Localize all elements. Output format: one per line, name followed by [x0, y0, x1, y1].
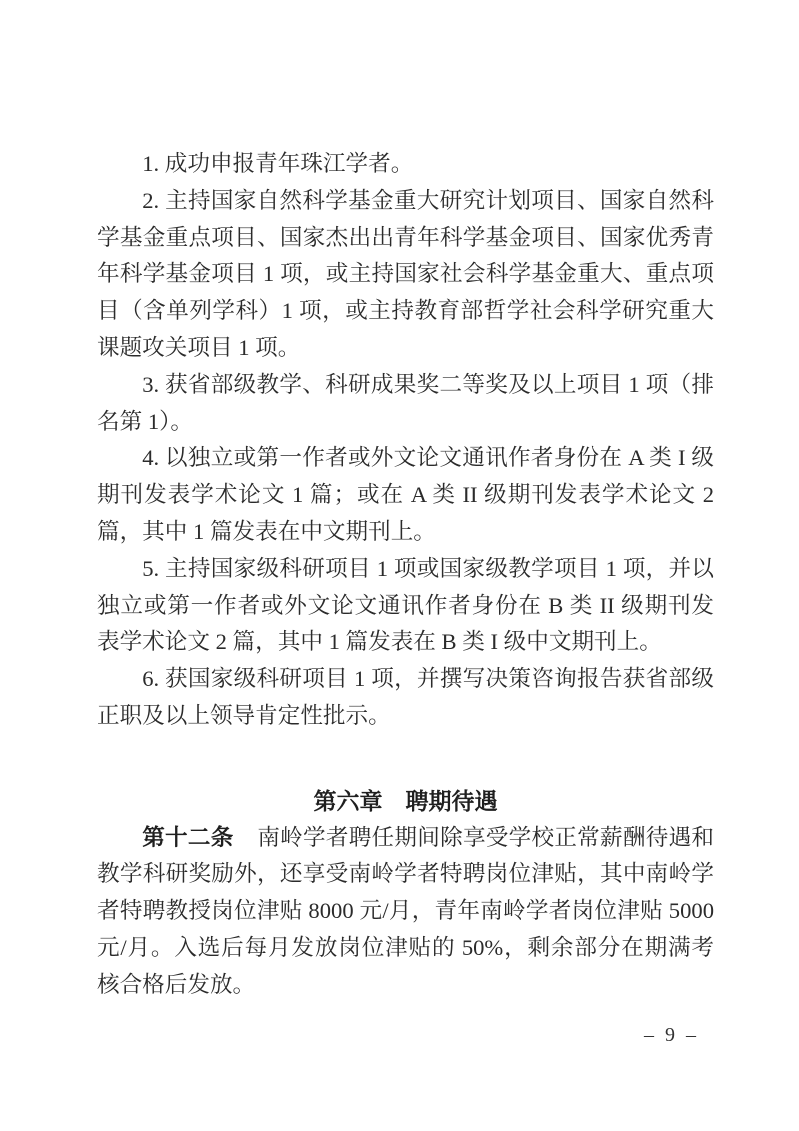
article-number-label: 第十二条	[142, 825, 233, 850]
chapter-heading: 第六章 聘期待遇	[97, 783, 714, 820]
article-paragraph: 第十二条南岭学者聘任期间除享受学校正常薪酬待遇和教学科研奖励外，还享受南岭学者特…	[97, 820, 714, 1004]
list-item: 4. 以独立或第一作者或外文论文通讯作者身份在 A 类 I 级期刊发表学术论文 …	[97, 440, 714, 550]
article-text: 南岭学者聘任期间除享受学校正常薪酬待遇和教学科研奖励外，还享受南岭学者特聘岗位津…	[97, 825, 714, 997]
page-number: – 9 –	[644, 1022, 699, 1048]
document-page: 1. 成功申报青年珠江学者。 2. 主持国家自然科学基金重大研究计划项目、国家自…	[0, 0, 799, 1131]
document-body: 1. 成功申报青年珠江学者。 2. 主持国家自然科学基金重大研究计划项目、国家自…	[97, 146, 714, 1004]
list-item: 1. 成功申报青年珠江学者。	[97, 146, 714, 183]
list-item: 5. 主持国家级科研项目 1 项或国家级教学项目 1 项，并以独立或第一作者或外…	[97, 551, 714, 661]
list-item: 6. 获国家级科研项目 1 项，并撰写决策咨询报告获省部级正职及以上领导肯定性批…	[97, 661, 714, 735]
list-item: 3. 获省部级教学、科研成果奖二等奖及以上项目 1 项（排名第 1）。	[97, 367, 714, 441]
list-item: 2. 主持国家自然科学基金重大研究计划项目、国家自然科学基金重点项目、国家杰出出…	[97, 183, 714, 367]
